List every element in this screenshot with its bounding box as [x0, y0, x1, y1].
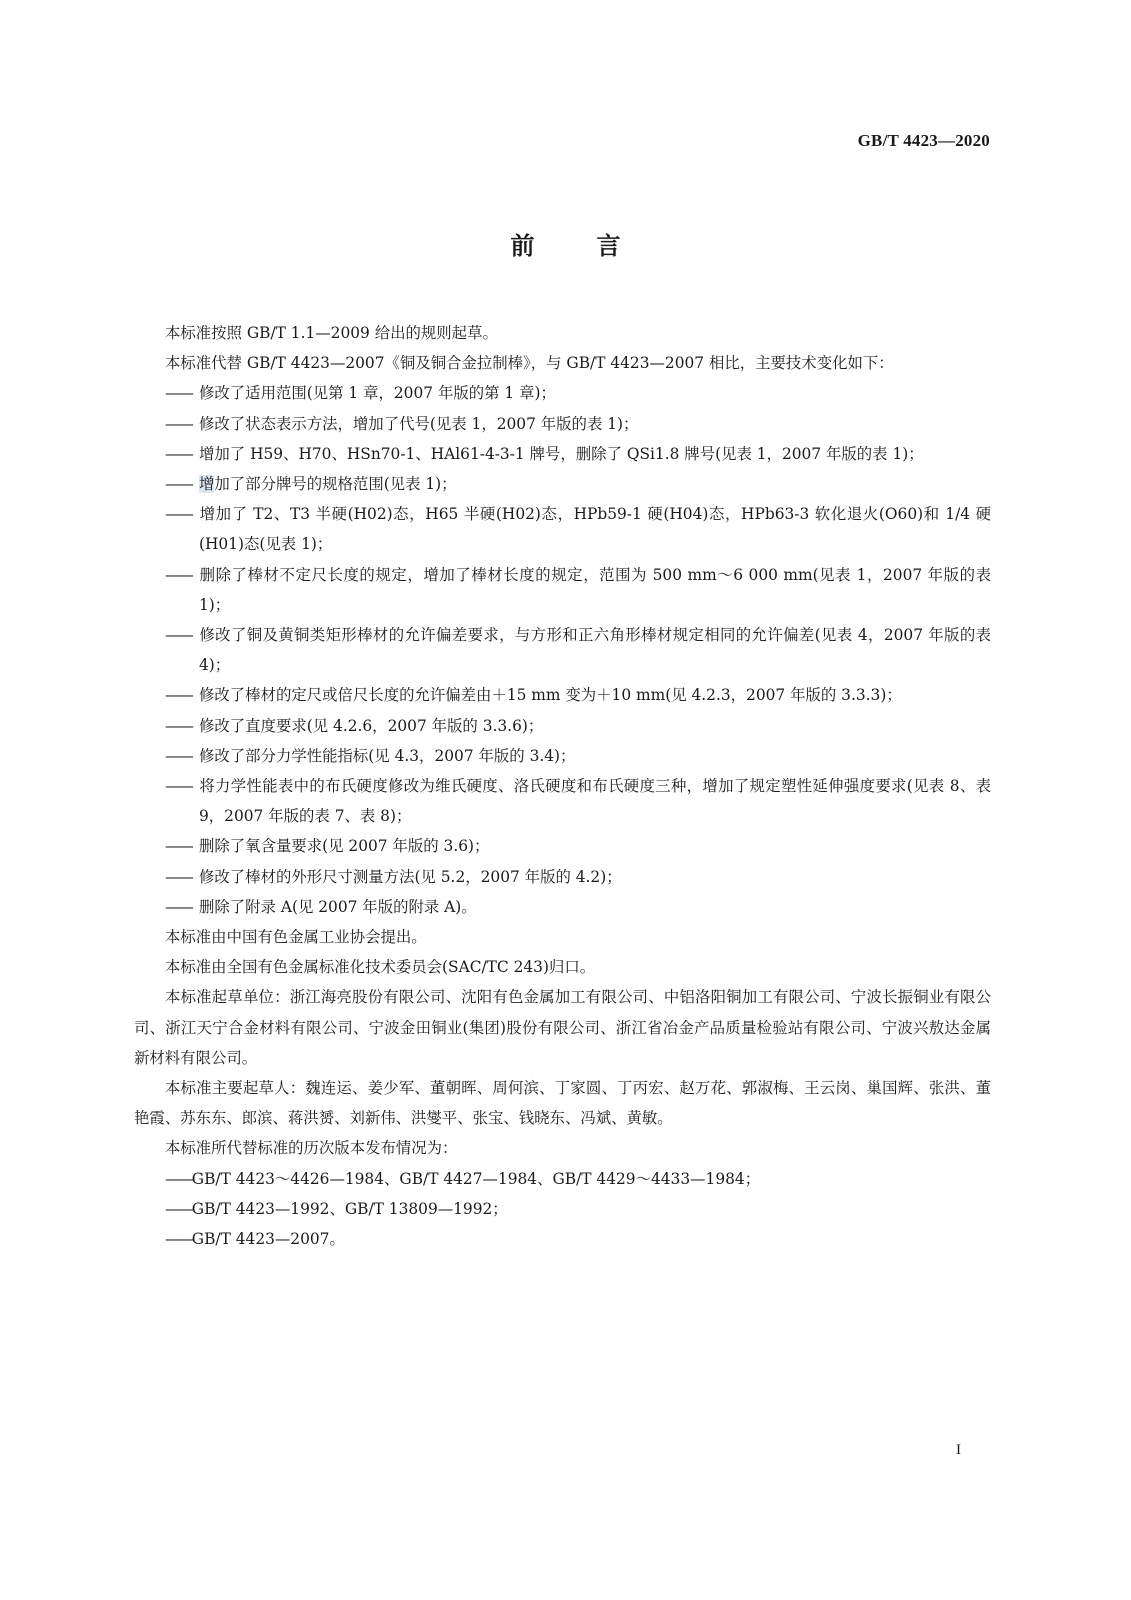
- list-item: ——修改了部分力学性能指标(见 4.3，2007 年版的 3.4)；: [134, 741, 991, 771]
- list-item: ——修改了适用范围(见第 1 章，2007 年版的第 1 章)；: [134, 378, 991, 408]
- list-item: ——修改了状态表示方法，增加了代号(见表 1，2007 年版的表 1)；: [134, 409, 991, 439]
- list-item: ——增加了 H59、H70、HSn70-1、HAl61-4-3-1 牌号，删除了…: [134, 439, 991, 469]
- preface-body: 本标准按照 GB/T 1.1—2009 给出的规则起草。 本标准代替 GB/T …: [134, 318, 991, 1254]
- paragraph-proposed-by: 本标准由中国有色金属工业协会提出。: [134, 922, 991, 952]
- standard-code: GB/T 4423—2020: [858, 131, 990, 151]
- list-item: ——删除了氧含量要求(见 2007 年版的 3.6)；: [134, 831, 991, 861]
- list-item: ——修改了直度要求(见 4.2.6，2007 年版的 3.3.6)；: [134, 711, 991, 741]
- title-char-1: 前: [511, 232, 535, 260]
- paragraph-drafters: 本标准主要起草人：魏连运、姜少军、董朝晖、周何滨、丁家圆、丁丙宏、赵万花、郭淑梅…: [134, 1073, 991, 1133]
- page-title: 前言: [0, 226, 1131, 261]
- list-item: ——修改了棒材的外形尺寸测量方法(见 5.2，2007 年版的 4.2)；: [134, 862, 991, 892]
- text-selection-highlight[interactable]: 增: [199, 475, 214, 493]
- paragraph-centralized-by: 本标准由全国有色金属标准化技术委员会(SAC/TC 243)归口。: [134, 952, 991, 982]
- paragraph-drafting-rule: 本标准按照 GB/T 1.1—2009 给出的规则起草。: [134, 318, 991, 348]
- list-item: ——修改了铜及黄铜类矩形棒材的允许偏差要求，与方形和正六角形棒材规定相同的允许偏…: [134, 620, 991, 680]
- list-item: ——删除了棒材不定尺长度的规定，增加了棒材长度的规定，范围为 500 mm～6 …: [134, 560, 991, 620]
- list-item: ——修改了棒材的定尺或倍尺长度的允许偏差由＋15 mm 变为＋10 mm(见 4…: [134, 680, 991, 710]
- list-item: ——增加了 T2、T3 半硬(H02)态，H65 半硬(H02)态，HPb59-…: [134, 499, 991, 559]
- paragraph-history-intro: 本标准所代替标准的历次版本发布情况为：: [134, 1133, 991, 1163]
- list-item: ——删除了附录 A(见 2007 年版的附录 A)。: [134, 892, 991, 922]
- list-item: ——将力学性能表中的布氏硬度修改为维氏硬度、洛氏硬度和布氏硬度三种，增加了规定塑…: [134, 771, 991, 831]
- paragraph-replacement: 本标准代替 GB/T 4423—2007《铜及铜合金拉制棒》，与 GB/T 44…: [134, 348, 991, 378]
- document-page: GB/T 4423—2020 前言 本标准按照 GB/T 1.1—2009 给出…: [0, 0, 1131, 1600]
- page-number: I: [956, 1442, 961, 1459]
- changes-list: ——修改了适用范围(见第 1 章，2007 年版的第 1 章)； ——修改了状态…: [134, 378, 991, 922]
- list-item: ——增加了部分牌号的规格范围(见表 1)；: [134, 469, 991, 499]
- list-item: ——GB/T 4423—1992、GB/T 13809—1992；: [134, 1194, 991, 1224]
- list-item: ——GB/T 4423～4426—1984、GB/T 4427—1984、GB/…: [134, 1164, 991, 1194]
- paragraph-drafting-units: 本标准起草单位：浙江海亮股份有限公司、沈阳有色金属加工有限公司、中铝洛阳铜加工有…: [134, 982, 991, 1073]
- list-item: ——GB/T 4423—2007。: [134, 1224, 991, 1254]
- history-list: ——GB/T 4423～4426—1984、GB/T 4427—1984、GB/…: [134, 1164, 991, 1255]
- title-char-2: 言: [597, 232, 621, 260]
